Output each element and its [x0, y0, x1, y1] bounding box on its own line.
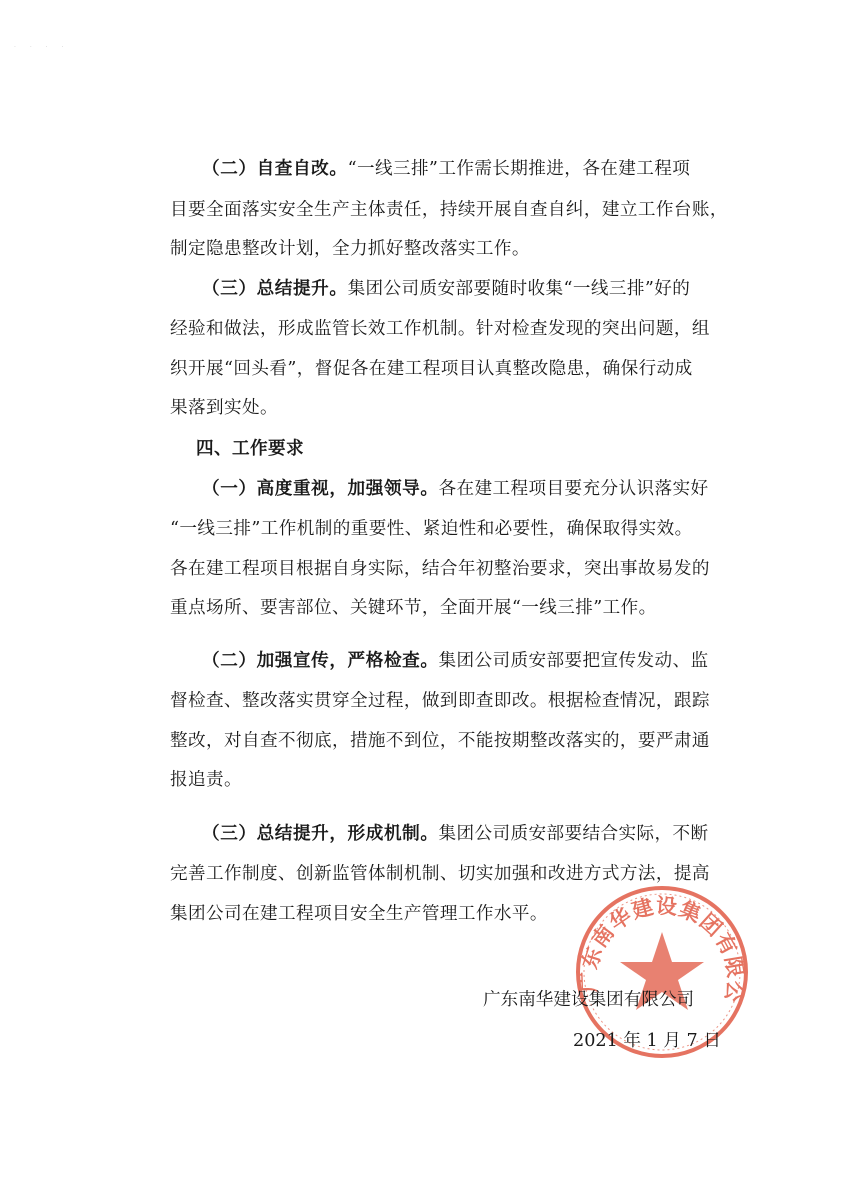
paragraph-req1-line-4: 重点场所、要害部位、关键环节，全面开展“一线三排”工作。 [170, 600, 690, 618]
paragraph-req2-line-1: （二）加强宣传，严格检查。集团公司质安部要把宣传发动、监 [202, 653, 722, 671]
paragraph-req1-line-3: 各在建工程项目根据自身实际，结合年初整治要求，突出事故易发的 [170, 561, 690, 579]
paragraph-req2-line-2: 督检查、整改落实贯穿全过程，做到即查即改。根据检查情况，跟踪 [170, 693, 690, 711]
section-heading-requirements: 四、工作要求 [196, 441, 716, 459]
paragraph-summary-line-4: 果落到实处。 [170, 400, 690, 418]
paragraph-summary-line-3: 织开展“回头看”，督促各在建工程项目认真整改隐患，确保行动成 [170, 361, 690, 379]
paragraph-lead: （二）加强宣传，严格检查。 [202, 651, 439, 671]
paragraph-summary-line-2: 经验和做法，形成监管长效工作机制。针对检查发现的突出问题，组 [170, 321, 690, 339]
paragraph-req2-line-3: 整改，对自查不彻底，措施不到位，不能按期整改落实的，要严肃通 [170, 733, 690, 751]
document-page: · · · · （二）自查自改。“一线三排”工作需长期推进，各在建工程项 目要全… [0, 0, 849, 1200]
paragraph-self-check-line-2: 目要全面落实安全生产主体责任，持续开展自查自纠，建立工作台账， [170, 202, 690, 220]
paragraph-req1-line-2: “一线三排”工作机制的重要性、紧迫性和必要性，确保取得实效。 [170, 521, 690, 539]
signature-date: 2021 年 1 月 7 日 [573, 1027, 721, 1052]
paragraph-req2-line-4: 报追责。 [170, 772, 690, 790]
paragraph-req1-line-1: （一）高度重视，加强领导。各在建工程项目要充分认识落实好 [202, 481, 722, 499]
paragraph-summary-line-1: （三）总结提升。集团公司质安部要随时收集“一线三排”好的 [202, 281, 722, 299]
signature-company: 广东南华建设集团有限公司 [483, 986, 694, 1011]
paragraph-lead: （一）高度重视，加强领导。 [202, 479, 439, 499]
paragraph-self-check-line-1: （二）自查自改。“一线三排”工作需长期推进，各在建工程项 [202, 161, 722, 179]
paragraph-lead: （二）自查自改。 [202, 159, 348, 179]
paragraph-self-check-line-3: 制定隐患整改计划，全力抓好整改落实工作。 [170, 241, 690, 259]
paragraph-lead: （三）总结提升。 [202, 279, 348, 299]
paragraph-req3-line-3: 集团公司在建工程项目安全生产管理工作水平。 [170, 906, 690, 924]
scan-corner-marks: · · · · [14, 44, 69, 51]
paragraph-req3-line-2: 完善工作制度、创新监管体制机制、切实加强和改进方式方法，提高 [170, 866, 690, 884]
paragraph-lead: （三）总结提升，形成机制。 [202, 824, 439, 844]
paragraph-req3-line-1: （三）总结提升，形成机制。集团公司质安部要结合实际，不断 [202, 826, 722, 844]
